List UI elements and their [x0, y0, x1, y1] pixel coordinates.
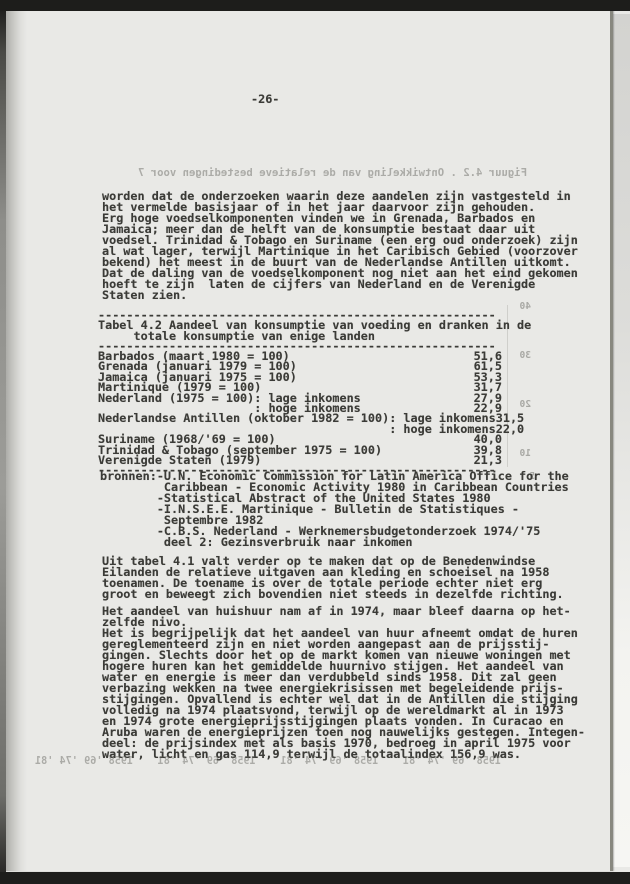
page-number: -26-: [251, 94, 279, 105]
sources-block: bronnen:-U.N. Economic Commission for La…: [100, 471, 569, 548]
paragraph-rent-energy: Het aandeel van huishuur nam af in 1974,…: [102, 606, 585, 760]
ghost-axis-label: 30: [513, 351, 531, 361]
binding-shadow: [5, 10, 27, 871]
table-4-2: ----------------------------------------…: [98, 310, 502, 475]
ghost-axis-label: 40: [513, 302, 531, 312]
book-fore-edge: [612, 14, 630, 867]
ghost-figure-caption: Figuur 4.2 . Ontwikkeling van de relatie…: [138, 168, 527, 179]
paragraph-food-share: worden dat de onderzoeken waarin deze aa…: [102, 191, 578, 301]
ghost-axis-label: 20: [513, 400, 531, 410]
scanned-book-page: Figuur 4.2 . Ontwikkeling van de relatie…: [0, 0, 630, 884]
scan-border-left: [0, 0, 6, 884]
table-rows: Barbados (maart 1980 = 100) 51,6 Grenada…: [98, 351, 502, 465]
ghost-axis-years: 1958 '69 '74 '81 1958 '69 '74 '81 1958 '…: [35, 756, 501, 767]
table-title-line2: totale konsumptie van enige landen: [98, 331, 502, 342]
text-line: Staten zien.: [102, 290, 578, 301]
table-row-value: 21,3: [474, 455, 502, 465]
page-sheet: Figuur 4.2 . Ontwikkeling van de relatie…: [5, 10, 613, 871]
text-line: groot en beweegt zich bovendien niet ste…: [102, 589, 564, 600]
source-line: deel 2: Gezinsverbruik naar inkomen: [100, 537, 569, 548]
paragraph-clothing: Uit tabel 4.1 valt verder op te maken da…: [102, 556, 564, 600]
scan-border-top: [0, 0, 630, 11]
scan-border-bottom: [0, 872, 630, 884]
ghost-axis-label: 10: [513, 449, 531, 459]
table-row-label: Verenigde Staten (1979): [98, 455, 261, 465]
